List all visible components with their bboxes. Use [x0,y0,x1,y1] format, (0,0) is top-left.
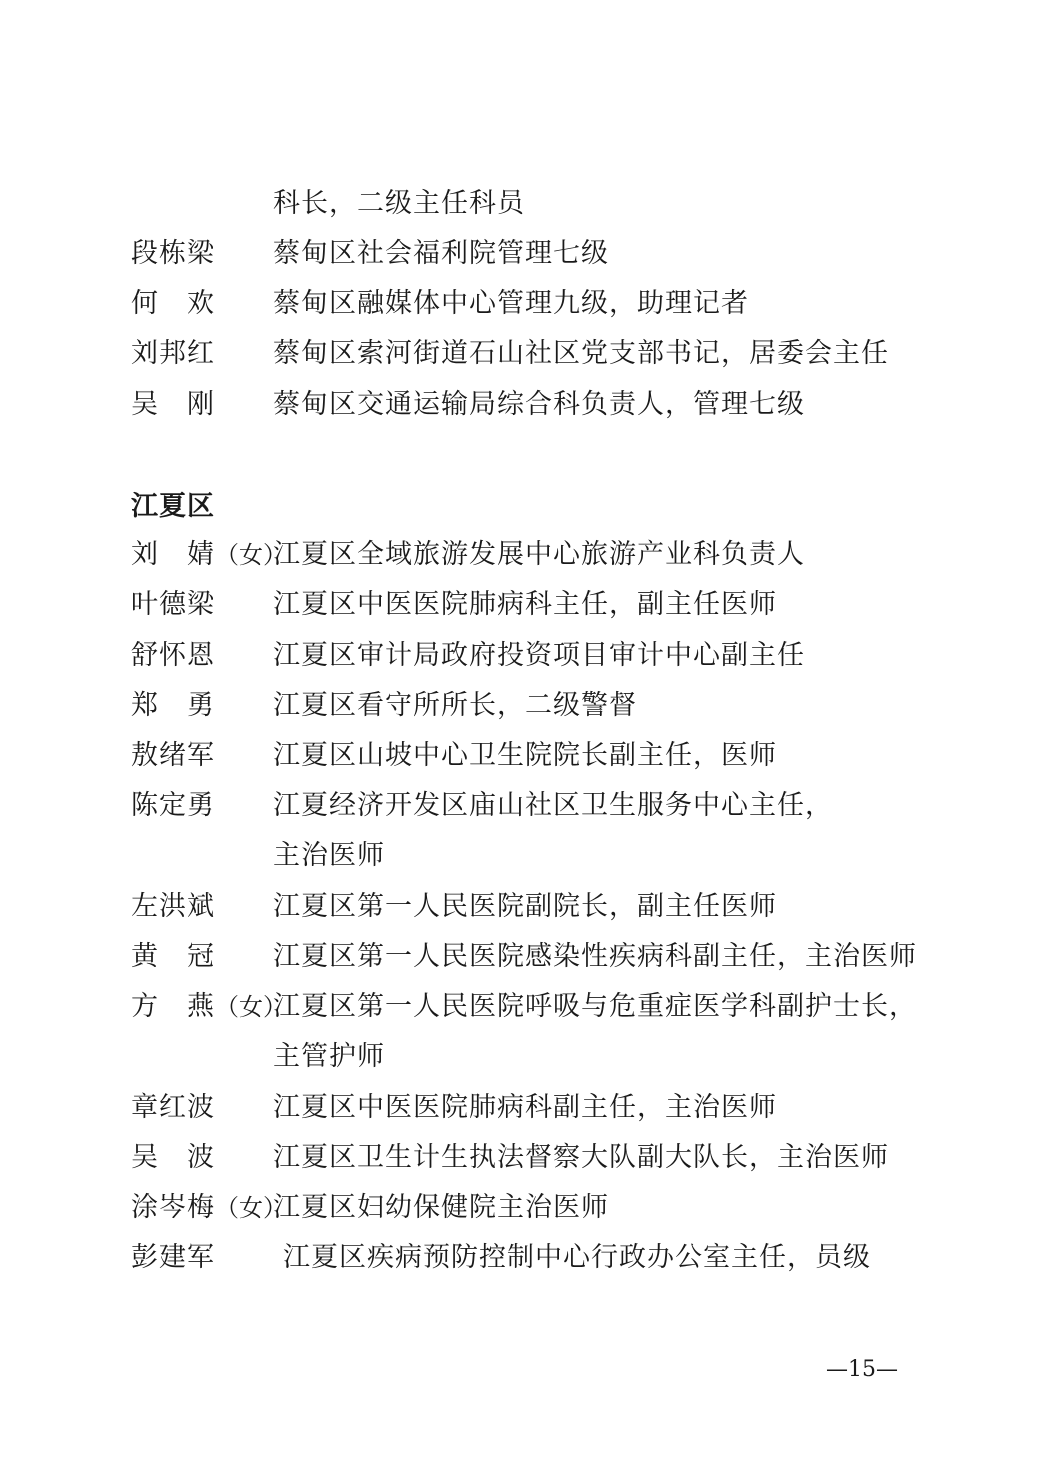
entry-name: 涂岑梅（女） [131,1188,273,1228]
entry-name: 何欢 [131,284,273,324]
page-number: —15— [826,1355,898,1385]
entry-name: 黄冠 [131,937,273,977]
entry-description-line2: 主管护师 [273,1037,385,1077]
entry-description-line2: 主治医师 [273,836,385,876]
entry-description: 江夏区第一人民医院副院长，副主任医师 [273,887,777,927]
entry-description: 科长，二级主任科员 [273,184,525,224]
entry-name: 彭建军 [131,1238,273,1278]
entry-description: 蔡甸区社会福利院管理七级 [273,234,609,274]
entry-description: 蔡甸区交通运输局综合科负责人，管理七级 [273,385,805,425]
entry-description: 江夏区疾病预防控制中心行政办公室主任，员级 [283,1238,871,1278]
entry-description: 江夏区中医医院肺病科副主任，主治医师 [273,1088,777,1128]
document-page: 科长，二级主任科员 段栋梁 蔡甸区社会福利院管理七级 何欢 蔡甸区融媒体中心管理… [0,0,1051,1479]
entry-description: 江夏区妇幼保健院主治医师 [273,1188,609,1228]
entry-name: 左洪斌 [131,887,273,927]
entry-description: 江夏经济开发区庙山社区卫生服务中心主任， [273,786,833,826]
entry-name: 刘婧（女） [131,535,273,575]
entry-description: 江夏区看守所所长，二级警督 [273,686,637,726]
section-heading: 江夏区 [131,487,215,527]
entry-name: 吴刚 [131,385,273,425]
entry-name: 舒怀恩 [131,636,273,676]
entry-description: 江夏区中医医院肺病科主任，副主任医师 [273,585,777,625]
entry-name: 敖绪军 [131,736,273,776]
entry-name: 章红波 [131,1088,273,1128]
entry-description: 蔡甸区索河街道石山社区党支部书记，居委会主任 [273,334,889,374]
entry-name: 吴波 [131,1138,273,1178]
entry-description: 江夏区山坡中心卫生院院长副主任，医师 [273,736,777,776]
entry-description: 江夏区第一人民医院呼吸与危重症医学科副护士长， [273,987,917,1027]
entry-name: 刘邦红 [131,334,273,374]
entry-description: 江夏区全域旅游发展中心旅游产业科负责人 [273,535,805,575]
entry-description: 蔡甸区融媒体中心管理九级，助理记者 [273,284,749,324]
entry-name: 叶德梁 [131,585,273,625]
entry-name: 段栋梁 [131,234,273,274]
entry-name: 郑勇 [131,686,273,726]
entry-description: 江夏区审计局政府投资项目审计中心副主任 [273,636,805,676]
entry-name: 陈定勇 [131,786,273,826]
entry-name: 方燕（女） [131,987,273,1027]
entry-description: 江夏区卫生计生执法督察大队副大队长，主治医师 [273,1138,889,1178]
entry-description: 江夏区第一人民医院感染性疾病科副主任，主治医师 [273,937,917,977]
